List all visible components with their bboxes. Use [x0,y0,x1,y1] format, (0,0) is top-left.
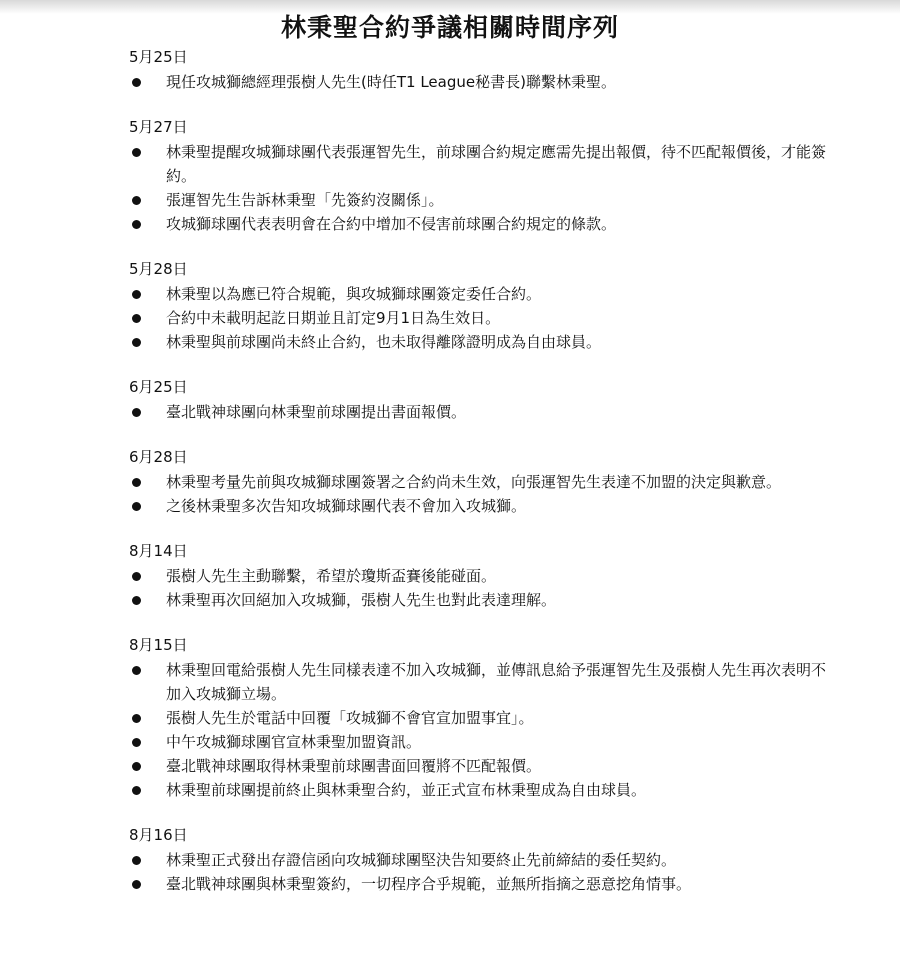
bullet-icon [132,478,141,487]
section-date: 6月25日 [129,376,829,400]
bullet-icon [132,220,141,229]
bullet-icon [132,338,141,347]
section-date: 5月28日 [129,258,829,282]
timeline-section: 5月27日 林秉聖提醒攻城獅球團代表張運智先生，前球團合約規定應需先提出報價，待… [129,116,829,236]
list-item: 中午攻城獅球團官宣林秉聖加盟資訊。 [129,730,829,754]
document-title: 林秉聖合約爭議相關時間序列 [0,8,900,44]
bullet-icon [132,762,141,771]
list-item: 合約中未載明起訖日期並且訂定9月1日為生效日。 [129,306,829,330]
list-item: 攻城獅球團代表表明會在合約中增加不侵害前球團合約規定的條款。 [129,212,829,236]
bullet-icon [132,738,141,747]
list-item: 張樹人先生主動聯繫，希望於瓊斯盃賽後能碰面。 [129,564,829,588]
list-item: 林秉聖以為應已符合規範，與攻城獅球團簽定委任合約。 [129,282,829,306]
list-item: 林秉聖提醒攻城獅球團代表張運智先生，前球團合約規定應需先提出報價，待不匹配報價後… [129,140,829,188]
section-date: 5月27日 [129,116,829,140]
timeline-section: 5月25日 現任攻城獅總經理張樹人先生(時任T1 League秘書長)聯繫林秉聖… [129,46,829,94]
bullet-icon [132,596,141,605]
list-item: 張樹人先生於電話中回覆「攻城獅不會官宣加盟事宜」。 [129,706,829,730]
list-item: 林秉聖再次回絕加入攻城獅，張樹人先生也對此表達理解。 [129,588,829,612]
bullet-icon [132,572,141,581]
timeline-section: 6月25日 臺北戰神球團向林秉聖前球團提出書面報價。 [129,376,829,424]
timeline-section: 8月14日 張樹人先生主動聯繫，希望於瓊斯盃賽後能碰面。 林秉聖再次回絕加入攻城… [129,540,829,612]
section-date: 8月14日 [129,540,829,564]
list-item: 林秉聖前球團提前終止與林秉聖合約，並正式宣布林秉聖成為自由球員。 [129,778,829,802]
section-date: 5月25日 [129,46,829,70]
list-item: 林秉聖考量先前與攻城獅球團簽署之合約尚未生效，向張運智先生表達不加盟的決定與歉意… [129,470,829,494]
bullet-icon [132,314,141,323]
timeline-section: 8月16日 林秉聖正式發出存證信函向攻城獅球團堅決告知要終止先前締結的委任契約。… [129,824,829,896]
list-item: 林秉聖回電給張樹人先生同樣表達不加入攻城獅，並傳訊息給予張運智先生及張樹人先生再… [129,658,829,706]
bullet-icon [132,290,141,299]
bullet-icon [132,408,141,417]
timeline-section: 5月28日 林秉聖以為應已符合規範，與攻城獅球團簽定委任合約。 合約中未載明起訖… [129,258,829,354]
timeline-section: 6月28日 林秉聖考量先前與攻城獅球團簽署之合約尚未生效，向張運智先生表達不加盟… [129,446,829,518]
list-item: 臺北戰神球團取得林秉聖前球團書面回覆將不匹配報價。 [129,754,829,778]
list-item: 臺北戰神球團與林秉聖簽約，一切程序合乎規範，並無所指摘之惡意挖角情事。 [129,872,829,896]
timeline-section: 8月15日 林秉聖回電給張樹人先生同樣表達不加入攻城獅，並傳訊息給予張運智先生及… [129,634,829,802]
bullet-icon [132,666,141,675]
list-item: 林秉聖正式發出存證信函向攻城獅球團堅決告知要終止先前締結的委任契約。 [129,848,829,872]
section-date: 8月16日 [129,824,829,848]
list-item: 臺北戰神球團向林秉聖前球團提出書面報價。 [129,400,829,424]
bullet-icon [132,148,141,157]
bullet-icon [132,856,141,865]
bullet-icon [132,880,141,889]
timeline: 5月25日 現任攻城獅總經理張樹人先生(時任T1 League秘書長)聯繫林秉聖… [129,46,829,918]
section-date: 6月28日 [129,446,829,470]
bullet-icon [132,714,141,723]
bullet-icon [132,786,141,795]
bullet-icon [132,78,141,87]
section-date: 8月15日 [129,634,829,658]
list-item: 張運智先生告訴林秉聖「先簽約沒關係」。 [129,188,829,212]
list-item: 現任攻城獅總經理張樹人先生(時任T1 League秘書長)聯繫林秉聖。 [129,70,829,94]
bullet-icon [132,502,141,511]
bullet-icon [132,196,141,205]
list-item: 林秉聖與前球團尚未終止合約，也未取得離隊證明成為自由球員。 [129,330,829,354]
list-item: 之後林秉聖多次告知攻城獅球團代表不會加入攻城獅。 [129,494,829,518]
